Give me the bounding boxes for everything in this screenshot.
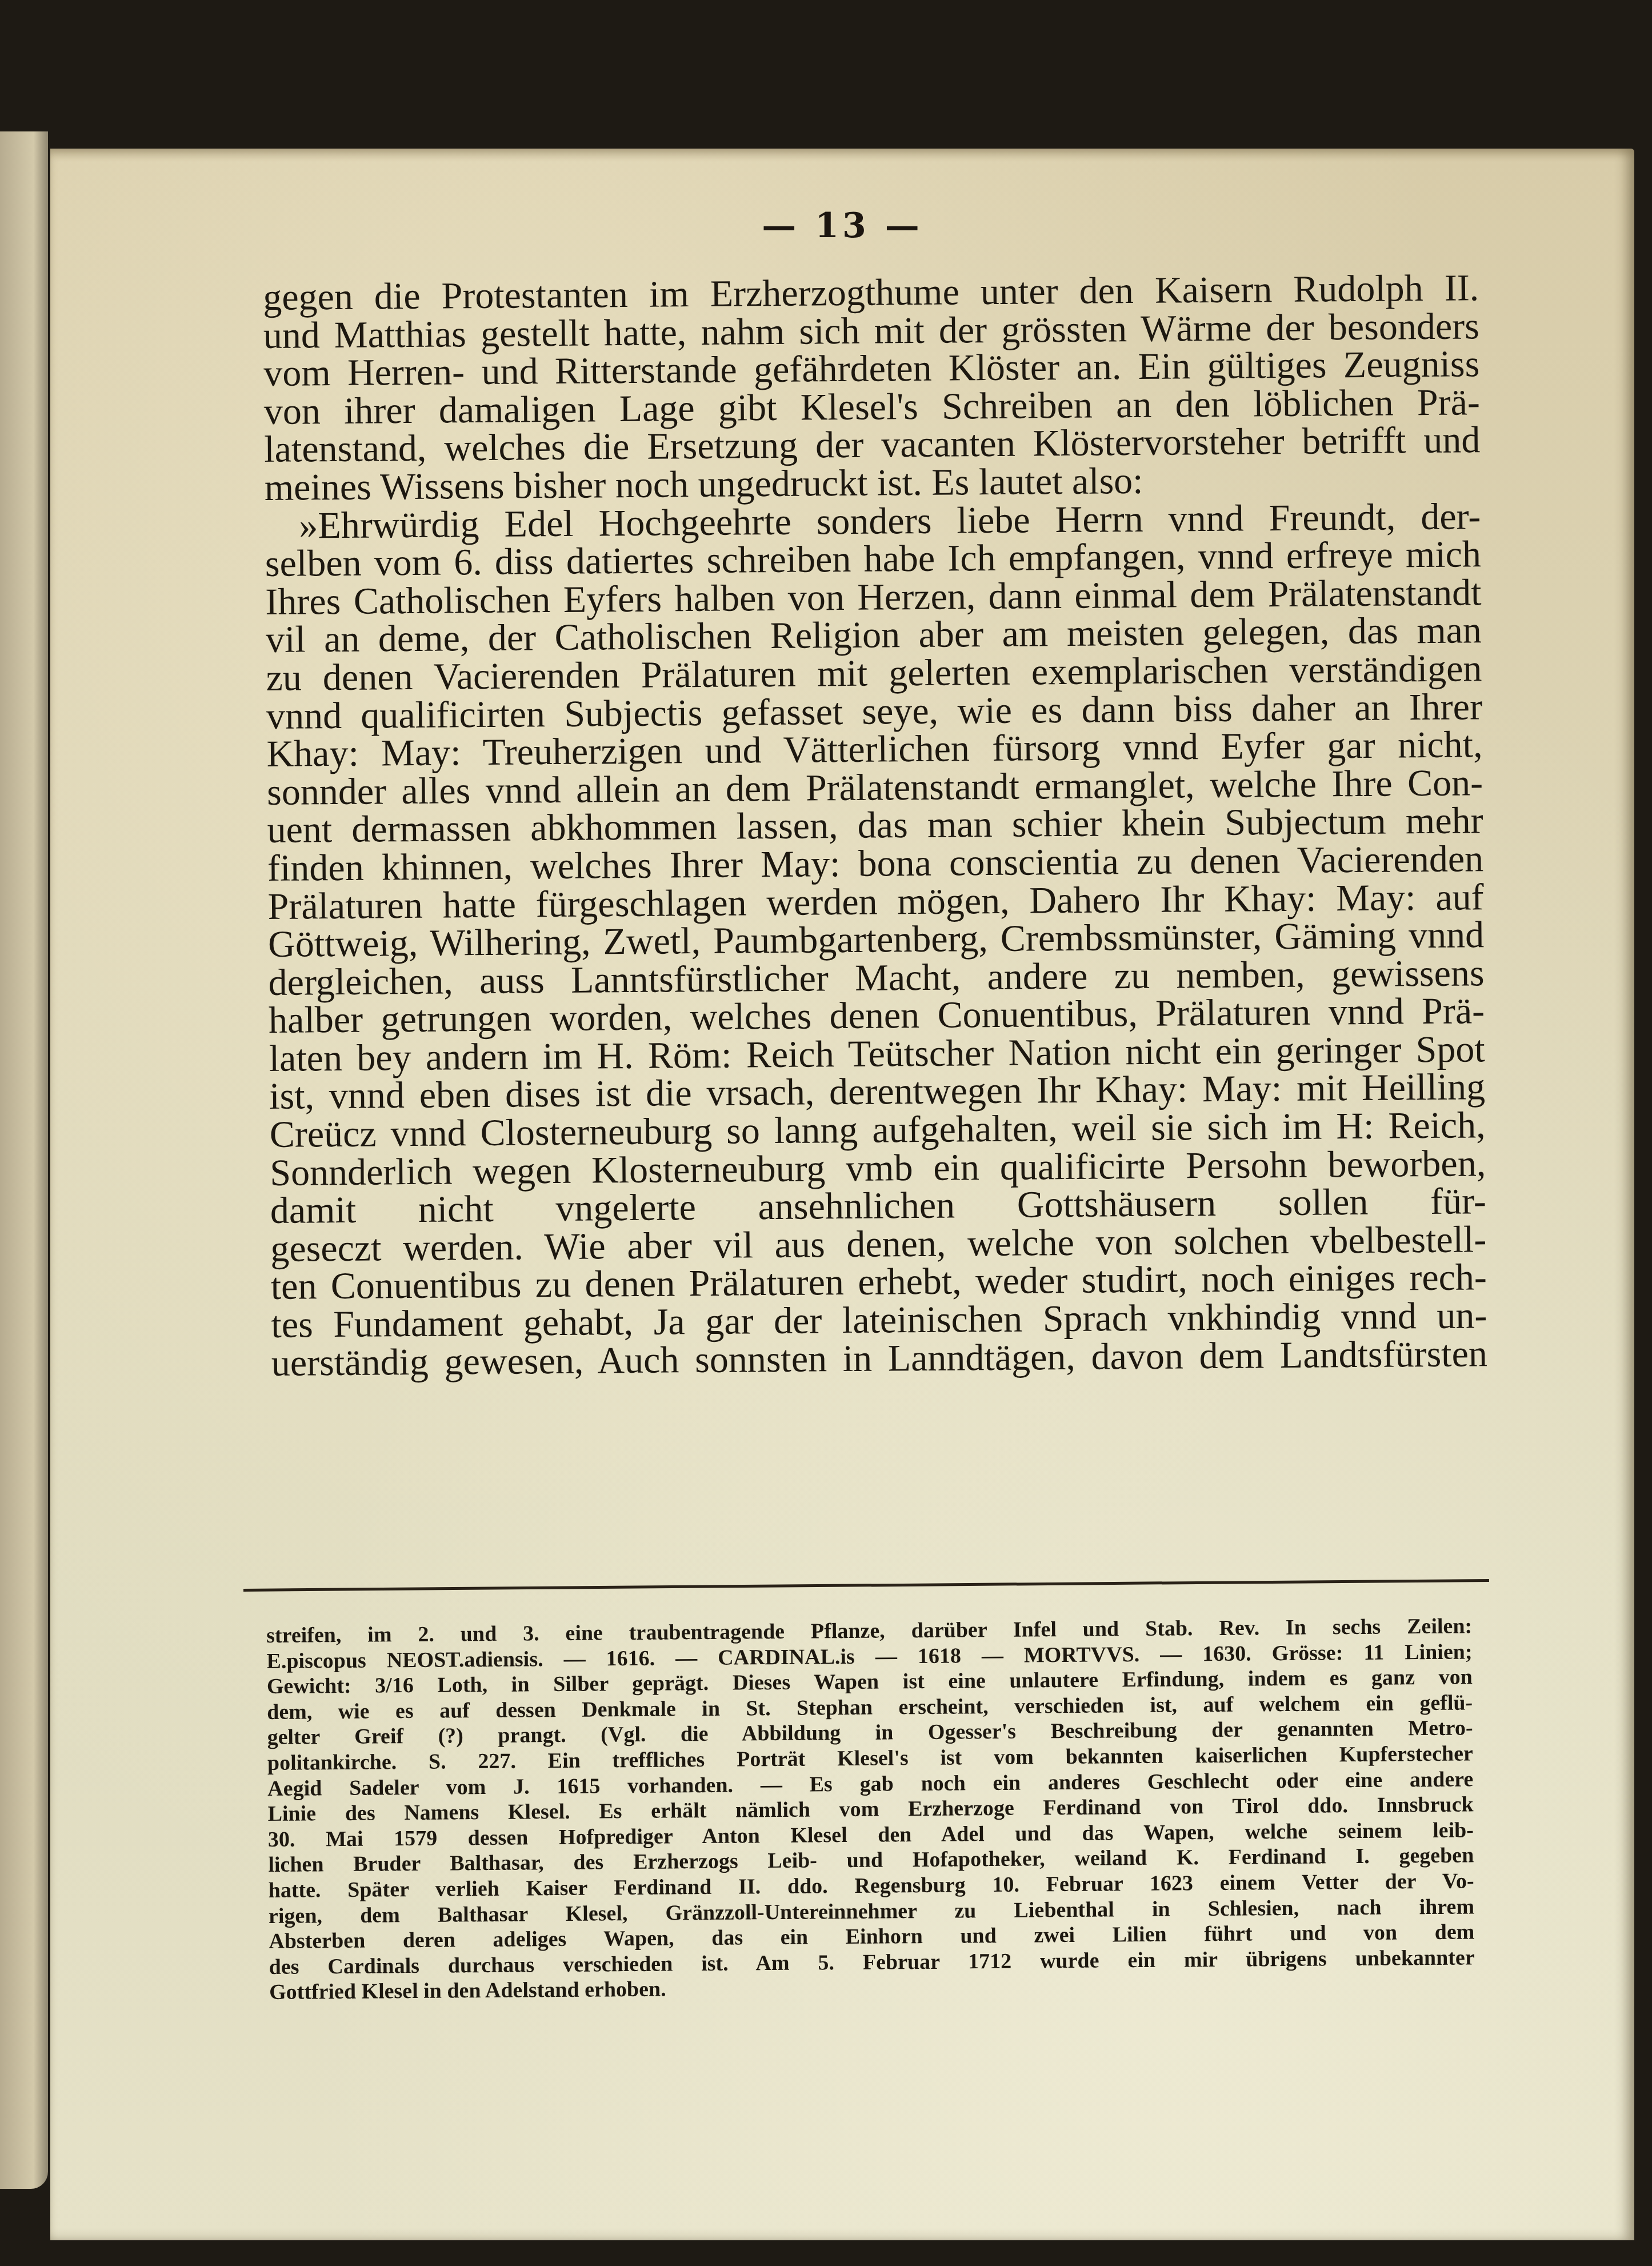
page-number: — 13 — bbox=[50, 206, 1634, 246]
footnote-separator-rule bbox=[243, 1579, 1489, 1592]
main-text-block: gegen die Protestanten im Erzherzogthume… bbox=[263, 269, 1487, 1382]
footnote-block: streifen, im 2. und 3. eine traubentrage… bbox=[266, 1613, 1475, 2005]
scanned-book-spread: — 13 — gegen die Protestanten im Erzherz… bbox=[0, 0, 1652, 2266]
book-page: — 13 — gegen die Protestanten im Erzherz… bbox=[50, 149, 1634, 2240]
previous-page-edge bbox=[0, 131, 48, 2189]
text-line: uerständig gewesen, Auch sonnsten in Lan… bbox=[271, 1335, 1487, 1382]
